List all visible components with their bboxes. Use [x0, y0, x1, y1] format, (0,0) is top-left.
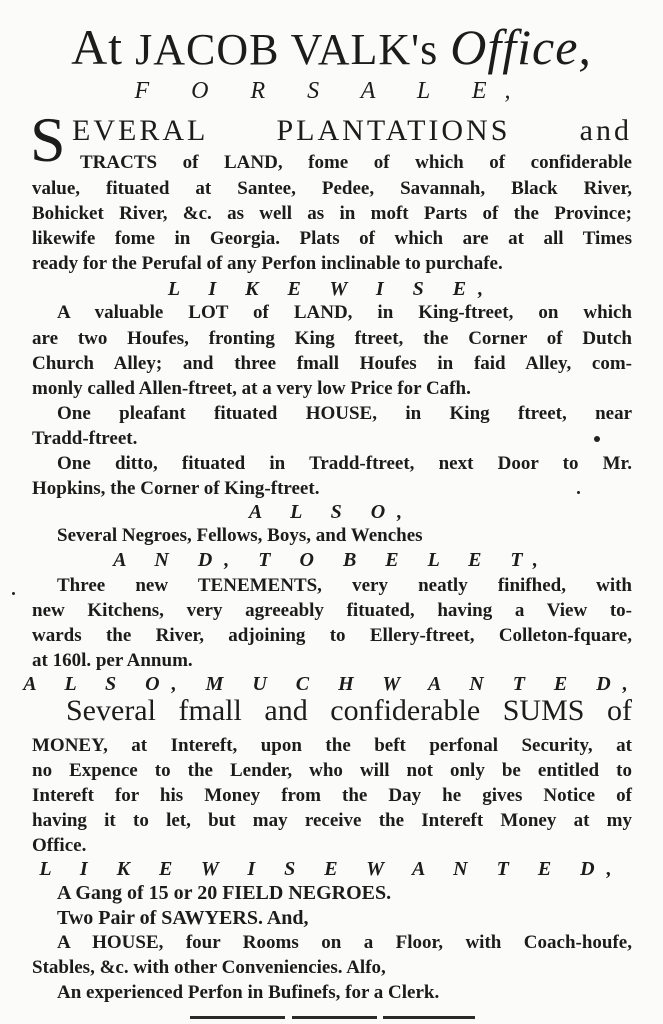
house-two-line: One ditto, fituated in Tradd-ftreet, nex… [57, 453, 632, 475]
wanted-line: A Gang of 15 or 20 FIELD NEGROES. [57, 882, 391, 905]
sums-line: MONEY, at Intereft, upon the beft perfon… [32, 735, 632, 757]
lot-line: A valuable LOT of LAND, in King-ftreet, … [57, 302, 632, 324]
sums-line: no Expence to the Lender, who will not o… [32, 760, 632, 782]
plantations-line: TRACTS of LAND, fome of which of confide… [80, 152, 632, 174]
sums-line: Intereft for his Money from the Day he g… [32, 785, 632, 807]
plantations-line: ready for the Perufal of any Perfon incl… [32, 253, 503, 275]
tenements-line: new Kitchens, very agreeably fituated, h… [32, 600, 632, 622]
divider-rule [383, 1016, 475, 1019]
to-be-let-heading: A N D, T O B E L E T, [0, 549, 663, 572]
likewise-wanted-heading: L I K E W I S E W A N T E D, [0, 858, 663, 881]
title-name: JACOB VALK's [135, 25, 438, 74]
plantations-line: likewife fome in Georgia. Plats of which… [32, 228, 632, 250]
lot-line: monly called Allen-ftreet, at a very low… [32, 378, 471, 400]
title-suffix: Office, [450, 19, 592, 75]
plantations-headline: EVERAL PLANTATIONS and [72, 114, 632, 148]
much-wanted-heading: A L S O, M U C H W A N T E D, [0, 673, 663, 696]
print-speck [12, 592, 15, 595]
tenements-line: Three new TENEMENTS, very neatly finifhe… [57, 575, 632, 597]
title-prefix: At [71, 19, 123, 75]
house-one-line: One pleafant fituated HOUSE, in King ftr… [57, 403, 632, 425]
negroes-line: Several Negroes, Fellows, Boys, and Wenc… [57, 525, 423, 547]
print-speck [594, 436, 600, 442]
also-heading: A L S O, [0, 501, 663, 524]
drop-cap: S [30, 108, 66, 172]
tenements-line: at 160l. per Annum. [32, 650, 193, 672]
plantations-line: value, fituated at Santee, Pedee, Savann… [32, 178, 632, 200]
divider-rule [292, 1016, 377, 1019]
divider-rule [190, 1016, 285, 1019]
house-two-line: Hopkins, the Corner of King-ftreet. [32, 478, 319, 500]
lot-line: Church Alley; and three fmall Houfes in … [32, 353, 632, 375]
lot-line: are two Houfes, fronting King ftreet, th… [32, 328, 632, 350]
wanted-line: A HOUSE, four Rooms on a Floor, with Coa… [57, 932, 632, 954]
ad-title: At JACOB VALK's Office, [0, 18, 663, 76]
wanted-line: An experienced Perfon in Bufinefs, for a… [57, 982, 439, 1004]
sums-line: Office. [32, 835, 86, 857]
newspaper-advertisement: At JACOB VALK's Office, F O R S A L E, S… [0, 0, 663, 1024]
sums-headline: Several fmall and confiderable SUMS of [66, 694, 632, 728]
for-sale-heading: F O R S A L E, [0, 78, 663, 105]
wanted-line: Two Pair of SAWYERS. And, [57, 907, 309, 930]
house-one-line: Tradd-ftreet. [32, 428, 137, 450]
wanted-line: Stables, &c. with other Conveniencies. A… [32, 957, 532, 979]
sums-line: having it to let, but may receive the In… [32, 810, 632, 832]
plantations-line: Bohicket River, &c. as well as in moft P… [32, 203, 632, 225]
tenements-line: wards the River, adjoining to Ellery-ftr… [32, 625, 632, 647]
print-speck [577, 491, 580, 494]
likewise-heading: L I K E W I S E, [0, 278, 663, 301]
